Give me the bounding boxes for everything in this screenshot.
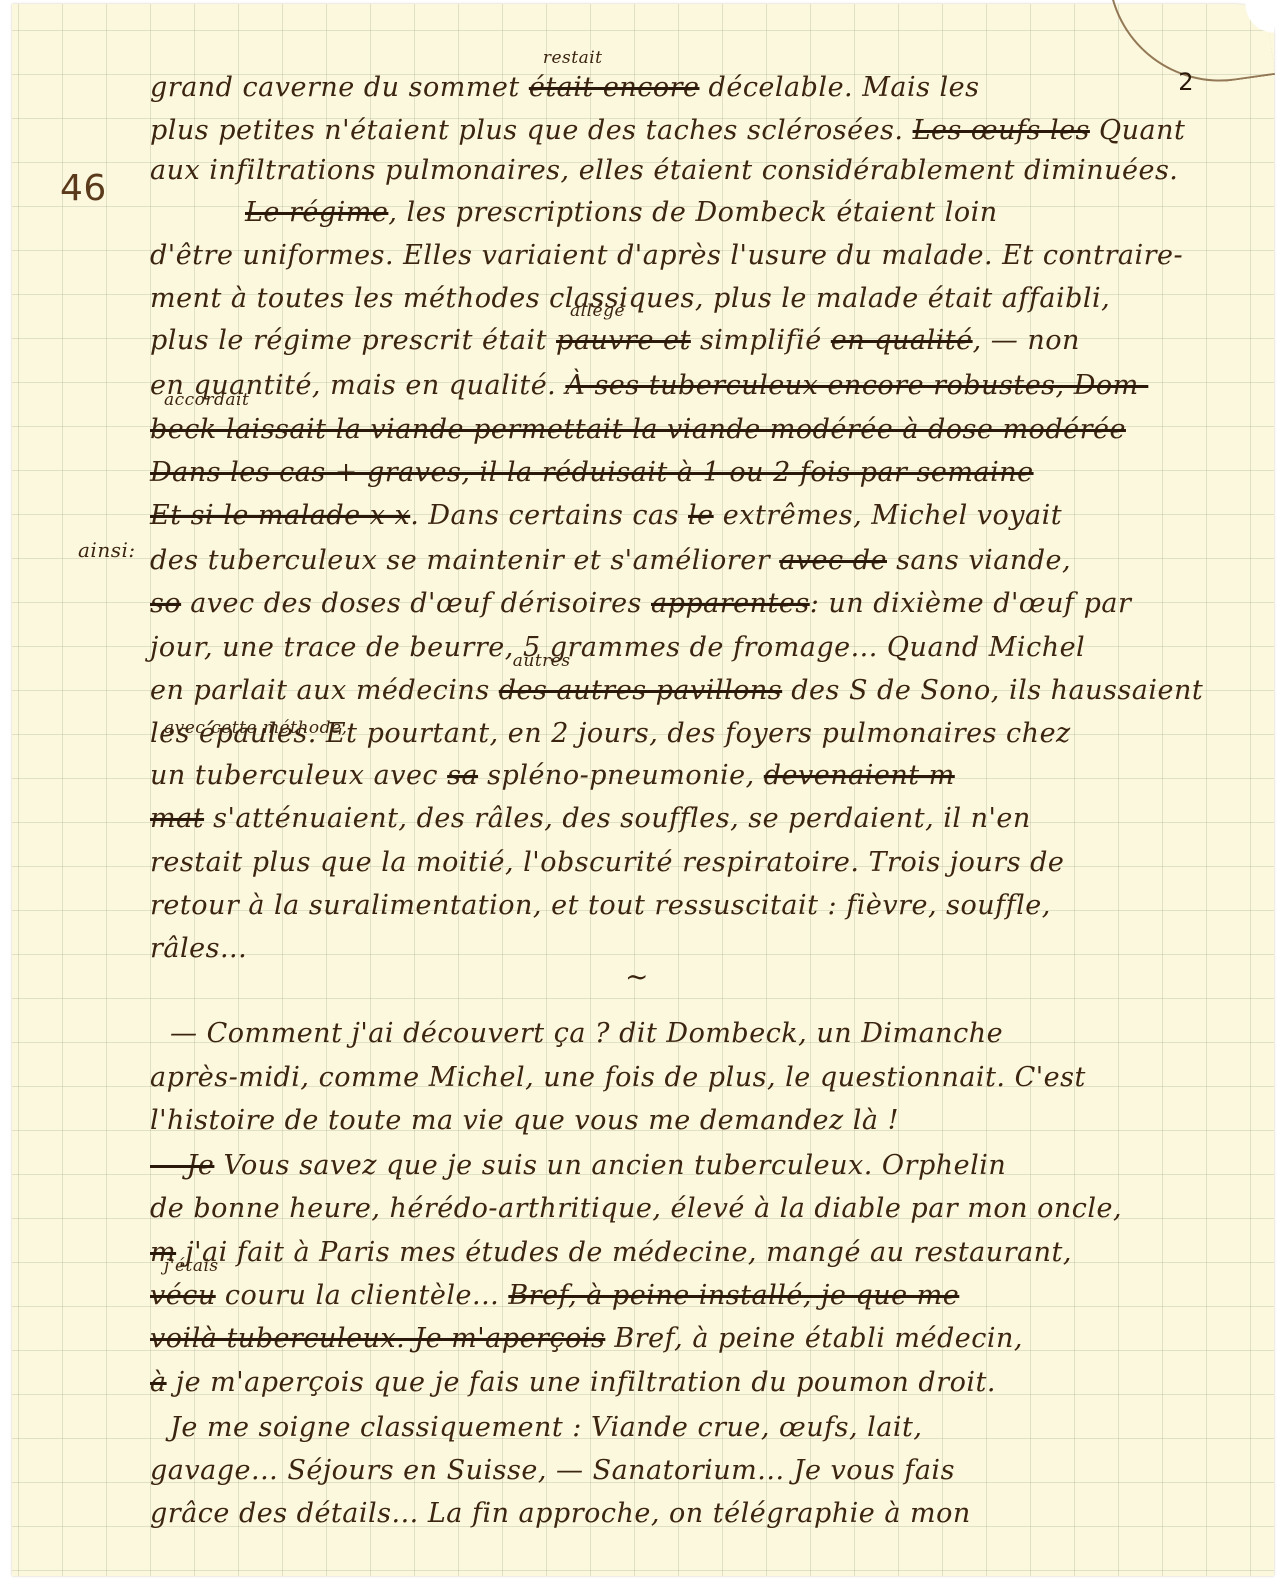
interlinear-insertion: allégé — [570, 301, 625, 321]
manuscript-line: Le régime, les prescriptions de Dombeck … — [245, 197, 998, 228]
struck-text: Et si le malade x x — [150, 500, 410, 531]
manuscript-line: beck laissait la viande permettait la vi… — [150, 414, 1126, 445]
manuscript-line: gavage... Séjours en Suisse, — Sanatoriu… — [150, 1455, 955, 1486]
line-text: un tuberculeux avec — [150, 760, 447, 791]
manuscript-line: aux infiltrations pulmonaires, elles éta… — [150, 155, 1178, 186]
line-text: en parlait aux médecins — [150, 675, 499, 706]
manuscript-line: après-midi, comme Michel, une fois de pl… — [150, 1062, 1086, 1093]
manuscript-line: de bonne heure, hérédo-arthritique, élev… — [150, 1193, 1122, 1224]
line-text: gavage... Séjours en Suisse, — Sanatoriu… — [150, 1455, 955, 1486]
struck-text: Bref, à peine installé, je que me — [508, 1280, 959, 1311]
line-text: extrêmes, Michel voyait — [714, 500, 1062, 531]
line-text: , les prescriptions de Dombeck étaient l… — [388, 197, 997, 228]
manuscript-line: grand caverne du sommet était encorerest… — [150, 72, 980, 103]
line-text: simplifié — [691, 325, 831, 356]
struck-text: devenaient m — [764, 760, 955, 791]
manuscript-line: râles... — [150, 933, 247, 964]
struck-text: beck laissait la viande permettait la vi… — [150, 414, 1126, 445]
line-text: des S de Sono, ils haussaient — [782, 675, 1203, 706]
line-text: sans viande, — [887, 545, 1071, 576]
manuscript-line: retour à la suralimentation, et tout res… — [150, 890, 1051, 921]
margin-folio-number: 46 — [60, 168, 107, 209]
line-text: couru la clientèle... — [216, 1280, 509, 1311]
line-text: grâce des détails... La fin approche, on… — [150, 1498, 971, 1529]
interlinear-insertion: avec cette méthode, — [164, 718, 347, 738]
line-text: jour, une trace de beurre, 5 grammes de … — [150, 632, 1085, 663]
line-text: Vous savez que je suis un ancien tubercu… — [214, 1150, 1006, 1181]
struck-text: À ses tuberculeux encore robustes, Dom- — [565, 370, 1148, 401]
manuscript-line: en parlait aux médecins des autres pavil… — [150, 675, 1203, 706]
line-text: Bref, à peine établi médecin, — [605, 1323, 1023, 1354]
struck-text: le — [688, 500, 714, 531]
line-text: avec des doses d'œuf dérisoires — [181, 588, 651, 619]
struck-text: à — [150, 1367, 167, 1398]
line-text: l'histoire de toute ma vie que vous me d… — [150, 1105, 899, 1136]
margin-note: ainsi: — [78, 538, 136, 562]
manuscript-line: en quantité, mais en qualité. À ses tube… — [150, 370, 1148, 401]
line-text: je m'aperçois que je fais une infiltrati… — [167, 1367, 996, 1398]
line-text: , — non — [973, 325, 1080, 356]
struck-text: des autres pavillonsautres — [499, 675, 782, 706]
line-text: j'ai fait à Paris mes études de médecine… — [176, 1237, 1072, 1268]
manuscript-line: plus le régime prescrit était pauvre eta… — [150, 325, 1080, 356]
struck-text: apparentes — [651, 588, 810, 619]
line-text: ment à toutes les méthodes classiques, p… — [150, 283, 1110, 314]
manuscript-line: m j'ai fait à Paris mes études de médeci… — [150, 1237, 1072, 1268]
line-text: : un dixième d'œuf par — [810, 588, 1132, 619]
struck-text: Les œufs les — [913, 115, 1090, 146]
struck-text: Le régime — [245, 197, 388, 228]
line-text: — Comment j'ai découvert ça ? dit Dombec… — [170, 1018, 1003, 1049]
struck-text: voilà tuberculeux. Je m'aperçois — [150, 1323, 605, 1354]
struck-text: so — [150, 588, 181, 619]
line-text: plus petites n'étaient plus que des tach… — [150, 115, 913, 146]
manuscript-line: voilà tuberculeux. Je m'aperçois Bref, à… — [150, 1323, 1023, 1354]
struck-text: vécuj'étais — [150, 1280, 216, 1311]
line-text: des tuberculeux se maintenir et s'amélio… — [150, 545, 779, 576]
manuscript-line: Je me soigne classiquement : Viande crue… — [170, 1412, 922, 1443]
section-separator: ~ — [625, 960, 649, 993]
manuscript-line: restait plus que la moitié, l'obscurité … — [150, 847, 1064, 878]
manuscript-line: jour, une trace de beurre, 5 grammes de … — [150, 632, 1085, 663]
interlinear-insertion: accordait — [164, 390, 249, 410]
manuscript-line: avec cette méthode,les épaules. Et pourt… — [150, 718, 1071, 749]
manuscript-line: d'être uniformes. Elles variaient d'aprè… — [150, 240, 1183, 271]
interlinear-insertion: j'étais — [164, 1256, 219, 1276]
manuscript-line: à je m'aperçois que je fais une infiltra… — [150, 1367, 996, 1398]
struck-text: en qualité — [831, 325, 973, 356]
line-text: restait plus que la moitié, l'obscurité … — [150, 847, 1064, 878]
struck-text: Dans les cas + graves, il la réduisait à… — [150, 457, 1034, 488]
line-text: spléno-pneumonie, — [478, 760, 764, 791]
line-text: . Dans certains cas — [410, 500, 688, 531]
line-text: retour à la suralimentation, et tout res… — [150, 890, 1051, 921]
line-text: s'atténuaient, des râles, des souffles, … — [204, 803, 1031, 834]
manuscript-line: so avec des doses d'œuf dérisoires appar… — [150, 588, 1131, 619]
line-text: râles... — [150, 933, 247, 964]
manuscript-line: des tuberculeux se maintenir et s'amélio… — [150, 545, 1071, 576]
line-text: Je me soigne classiquement : Viande crue… — [170, 1412, 922, 1443]
manuscript-line: — Je Vous savez que je suis un ancien tu… — [150, 1150, 1006, 1181]
line-text: aux infiltrations pulmonaires, elles éta… — [150, 155, 1178, 186]
interlinear-insertion: restait — [543, 48, 603, 68]
manuscript-line: plus petites n'étaient plus que des tach… — [150, 115, 1185, 146]
line-text: décelable. Mais les — [699, 72, 979, 103]
page-number: 2 — [1178, 68, 1194, 96]
line-text: grand caverne du sommet — [150, 72, 529, 103]
struck-text: sa — [447, 760, 478, 791]
manuscript-line: un tuberculeux avec sa spléno-pneumonie,… — [150, 760, 955, 791]
line-text: de bonne heure, hérédo-arthritique, élev… — [150, 1193, 1122, 1224]
struck-text: pauvre etallégé — [556, 325, 691, 356]
manuscript-line: vécuj'étais couru la clientèle... Bref, … — [150, 1280, 959, 1311]
line-text: après-midi, comme Michel, une fois de pl… — [150, 1062, 1086, 1093]
manuscript-line: ment à toutes les méthodes classiques, p… — [150, 283, 1110, 314]
manuscript-line: l'histoire de toute ma vie que vous me d… — [150, 1105, 899, 1136]
line-text: d'être uniformes. Elles variaient d'aprè… — [150, 240, 1183, 271]
interlinear-insertion: autres — [513, 651, 571, 671]
line-text: plus le régime prescrit était — [150, 325, 556, 356]
manuscript-line: — Comment j'ai découvert ça ? dit Dombec… — [170, 1018, 1003, 1049]
line-text: Quant — [1090, 115, 1185, 146]
struck-text: mat — [150, 803, 204, 834]
manuscript-line: grâce des détails... La fin approche, on… — [150, 1498, 971, 1529]
manuscript-line: Et si le malade x x. Dans certains cas l… — [150, 500, 1062, 531]
struck-text: avec de — [779, 545, 887, 576]
struck-text: — Je — [150, 1150, 214, 1181]
manuscript-line: Dans les cas + graves, il la réduisait à… — [150, 457, 1034, 488]
struck-text: était encorerestait — [529, 72, 700, 103]
manuscript-line: mat s'atténuaient, des râles, des souffl… — [150, 803, 1031, 834]
